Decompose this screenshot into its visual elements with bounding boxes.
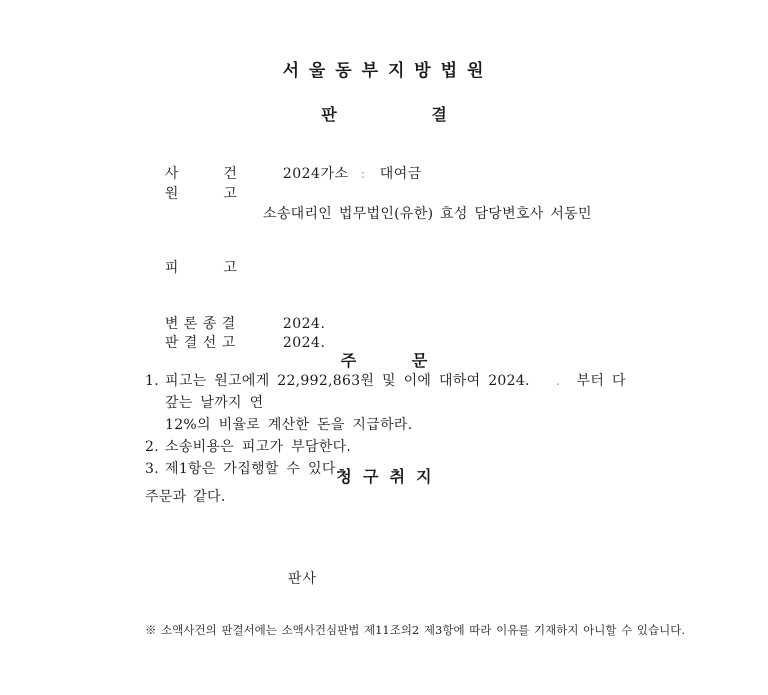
judgment-document: 서 울 동 부 지 방 법 원 판 결 사 건2024가소:대여금 원 고 소송… <box>0 0 768 695</box>
defendant-label: 피 고 <box>165 257 283 277</box>
claim-text: 주문과 같다. <box>145 486 226 506</box>
case-redaction-mark: : <box>361 166 366 182</box>
case-type: 대여금 <box>380 166 422 182</box>
order-item-2-text: 소송비용은 피고가 부담한다. <box>165 436 643 458</box>
order-item-2-number: 2. <box>145 436 165 458</box>
order-item-1-line1-before: 피고는 원고에게 22,992,863원 및 이에 대하여 2024. <box>165 373 530 389</box>
document-title: 판 결 <box>0 102 768 125</box>
order-item-1-redaction-mark: . <box>556 373 561 389</box>
order-item-1-line2: 12%의 비율로 계산한 돈을 지급하라. <box>165 414 643 436</box>
court-name: 서 울 동 부 지 방 법 원 <box>0 56 768 81</box>
judge-label: 판사 <box>288 568 317 588</box>
footnote: ※ 소액사건의 판결서에는 소액사건심판법 제11조의2 제3항에 따라 이유를… <box>145 622 685 638</box>
order-item-1-number: 1. <box>145 370 165 436</box>
plaintiff-label: 원 고 <box>165 183 283 203</box>
order-item-1-text: 피고는 원고에게 22,992,863원 및 이에 대하여 2024..부터 다… <box>165 370 643 436</box>
claim-heading: 청 구 취 지 <box>0 464 768 487</box>
defendant-row: 피 고 <box>145 241 283 293</box>
order-item-1-line1: 피고는 원고에게 22,992,863원 및 이에 대하여 2024..부터 다… <box>165 370 643 414</box>
counsel-line: 소송대리인 법무법인(유한) 효성 담당변호사 서동민 <box>263 203 592 223</box>
case-number: 2024가소 <box>283 166 349 182</box>
order-heading: 주 문 <box>0 348 768 371</box>
order-item-2: 2. 소송비용은 피고가 부담한다. <box>145 436 643 458</box>
order-item-1: 1. 피고는 원고에게 22,992,863원 및 이에 대하여 2024..부… <box>145 370 643 436</box>
